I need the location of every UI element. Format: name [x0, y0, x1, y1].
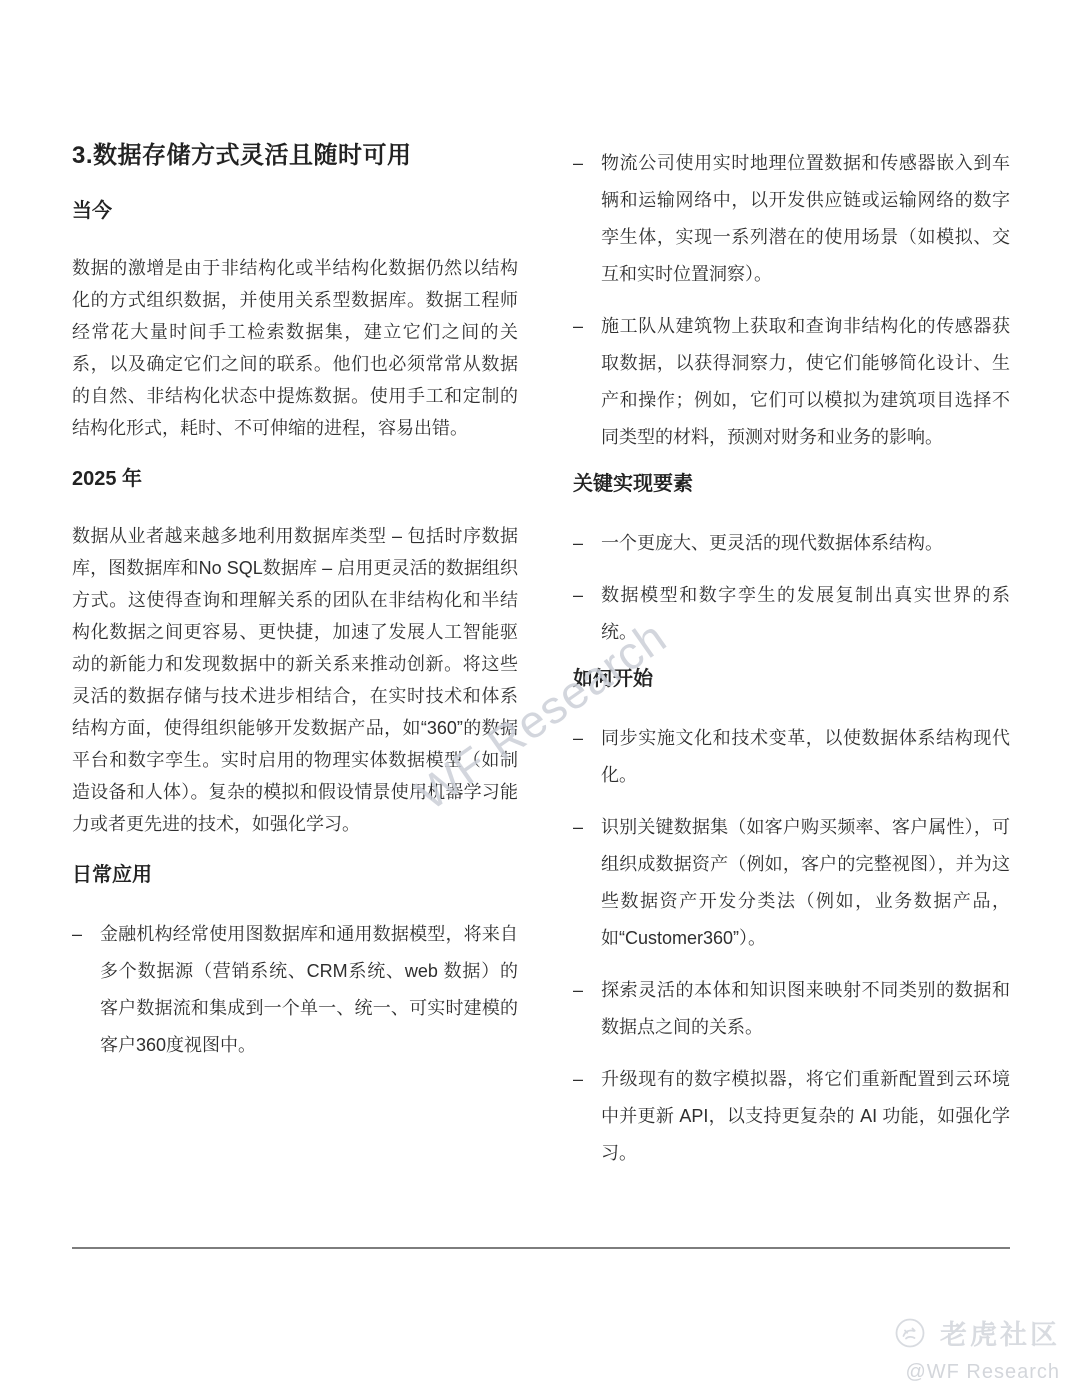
list-item: – 识别关键数据集（如客户购买频率、客户属性），可组织成数据资产（例如，客户的完…	[573, 809, 1010, 957]
list-item: – 同步实施文化和技术变革，以使数据体系结构现代化。	[573, 720, 1010, 794]
section-title: 3.数据存储方式灵活且随时可用	[72, 140, 518, 171]
list-item-text: 识别关键数据集（如客户购买频率、客户属性），可组织成数据资产（例如，客户的完整视…	[601, 809, 1010, 957]
dash-bullet-marker: –	[573, 145, 601, 293]
dash-bullet-marker: –	[72, 916, 100, 1064]
list-item-text: 探索灵活的本体和知识图来映射不同类别的数据和数据点之间的关系。	[601, 972, 1010, 1046]
document-page: 3.数据存储方式灵活且随时可用 当今 数据的激增是由于非结构化或半结构化数据仍然…	[0, 0, 1080, 1398]
list-item-text: 数据模型和数字孪生的发展复制出真实世界的系统。	[601, 577, 1010, 651]
list-item: – 数据模型和数字孪生的发展复制出真实世界的系统。	[573, 577, 1010, 651]
subhead-today: 当今	[72, 198, 518, 224]
left-column: 3.数据存储方式灵活且随时可用 当今 数据的激增是由于非结构化或半结构化数据仍然…	[72, 140, 518, 1187]
dash-bullet-marker: –	[573, 720, 601, 794]
dash-bullet-marker: –	[573, 577, 601, 651]
subhead-how-to-start: 如何开始	[573, 666, 1010, 692]
list-item: – 施工队从建筑物上获取和查询非结构化的传感器获取数据，以获得洞察力，使它们能够…	[573, 308, 1010, 456]
y2025-paragraph: 数据从业者越来越多地利用数据库类型 – 包括时序数据库，图数据库和No SQL数…	[72, 520, 518, 840]
list-item: – 升级现有的数字模拟器，将它们重新配置到云环境中并更新 API，以支持更复杂的…	[573, 1061, 1010, 1172]
list-item-text: 施工队从建筑物上获取和查询非结构化的传感器获取数据，以获得洞察力，使它们能够简化…	[601, 308, 1010, 456]
list-item: – 一个更庞大、更灵活的现代数据体系结构。	[573, 525, 1010, 562]
list-item-text: 金融机构经常使用图数据库和通用数据模型，将来自多个数据源（营销系统、CRM系统、…	[100, 916, 518, 1064]
list-item: – 金融机构经常使用图数据库和通用数据模型，将来自多个数据源（营销系统、CRM系…	[72, 916, 518, 1064]
subhead-daily-applications: 日常应用	[72, 862, 518, 888]
brand-name: 老虎社区	[940, 1313, 1060, 1352]
dash-bullet-marker: –	[573, 1061, 601, 1172]
brand-row: 老虎社区	[894, 1313, 1060, 1352]
today-paragraph: 数据的激增是由于非结构化或半结构化数据仍然以结构化的方式组织数据，并使用关系型数…	[72, 252, 518, 444]
list-item: – 物流公司使用实时地理位置数据和传感器嵌入到车辆和运输网络中，以开发供应链或运…	[573, 145, 1010, 293]
brand-handle: @WF Research	[894, 1361, 1060, 1384]
dash-bullet-marker: –	[573, 308, 601, 456]
subhead-2025: 2025 年	[72, 466, 518, 492]
brand-watermark: 老虎社区 @WF Research	[894, 1313, 1060, 1384]
list-item-text: 物流公司使用实时地理位置数据和传感器嵌入到车辆和运输网络中，以开发供应链或运输网…	[601, 145, 1010, 293]
dash-bullet-marker: –	[573, 525, 601, 562]
list-item-text: 一个更庞大、更灵活的现代数据体系结构。	[601, 525, 1010, 562]
dash-bullet-marker: –	[573, 972, 601, 1046]
list-item-text: 升级现有的数字模拟器，将它们重新配置到云环境中并更新 API，以支持更复杂的 A…	[601, 1061, 1010, 1172]
tiger-logo-icon	[894, 1317, 926, 1349]
right-column: – 物流公司使用实时地理位置数据和传感器嵌入到车辆和运输网络中，以开发供应链或运…	[573, 140, 1010, 1187]
dash-bullet-marker: –	[573, 809, 601, 957]
two-column-layout: 3.数据存储方式灵活且随时可用 当今 数据的激增是由于非结构化或半结构化数据仍然…	[0, 0, 1080, 1187]
footer-divider	[72, 1247, 1010, 1249]
list-item-text: 同步实施文化和技术变革，以使数据体系结构现代化。	[601, 720, 1010, 794]
subhead-key-enablers: 关键实现要素	[573, 471, 1010, 497]
list-item: – 探索灵活的本体和知识图来映射不同类别的数据和数据点之间的关系。	[573, 972, 1010, 1046]
